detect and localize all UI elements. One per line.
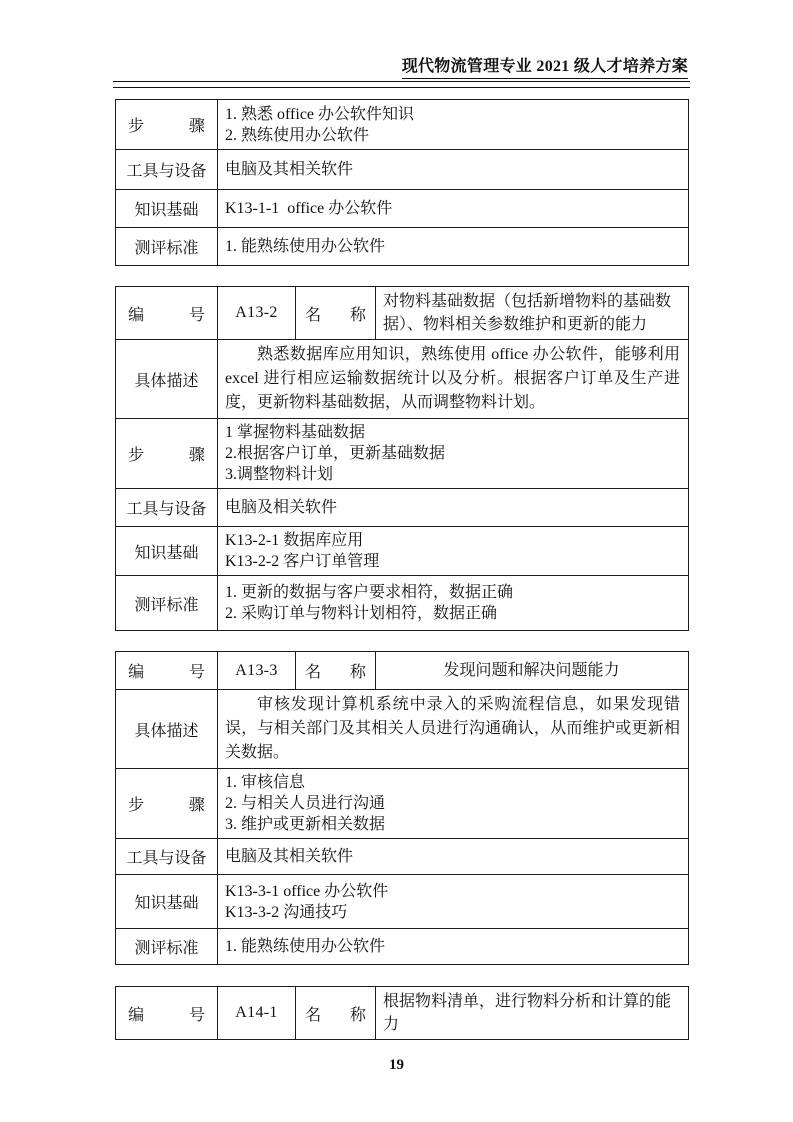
code-label-cell: 编号 (116, 987, 218, 1040)
row-label-text: 测评标准 (134, 240, 198, 257)
row-label-cell: 具体描述 (116, 340, 218, 419)
row-id-name: 编号 A13-3 名称 发现问题和解决问题能力 (116, 652, 689, 690)
row-label-text: 测评标准 (134, 940, 198, 957)
knowledge-item: K13-3-1 office 办公软件 (225, 881, 680, 902)
row-label-cell: 知识基础 (116, 527, 218, 576)
skill-table-k13-1: 步骤 1. 熟悉 office 办公软件知识 2. 熟练使用办公软件 工具与设备… (115, 99, 689, 266)
skill-table-a13-2: 编号 A13-2 名称 对物料基础数据（包括新增物料的基础数据）、物料相关参数维… (115, 286, 689, 631)
tools-text: 电脑及其相关软件 (225, 159, 680, 180)
name-label-text: 名称 (305, 1002, 366, 1025)
row-value-cell: 电脑及其相关软件 (218, 839, 689, 875)
row-value-cell: K13-1-1 office 办公软件 (218, 190, 689, 228)
header-divider-rule (113, 81, 690, 88)
row-label-text: 具体描述 (134, 723, 198, 740)
step-item: 2.根据客户订单，更新基础数据 (225, 443, 680, 464)
name-label-text: 名称 (305, 302, 366, 325)
code-label-text: 编号 (128, 659, 205, 682)
row-label-cell: 工具与设备 (116, 839, 218, 875)
row-value-cell: 1. 审核信息 2. 与相关人员进行沟通 3. 维护或更新相关数据 (218, 769, 689, 839)
row-label-text: 知识基础 (134, 202, 198, 219)
step-item: 3.调整物料计划 (225, 464, 680, 485)
row-label-text: 工具与设备 (126, 850, 206, 867)
row-label-cell: 测评标准 (116, 228, 218, 266)
knowledge-item: K13-1-1 office 办公软件 (225, 198, 680, 219)
row-description: 具体描述 熟悉数据库应用知识，熟练使用 office 办公软件，能够利用 exc… (116, 340, 689, 419)
skill-table-a13-3: 编号 A13-3 名称 发现问题和解决问题能力 具体描述 审核发现计算机系统中录… (115, 651, 689, 965)
name-value-cell: 发现问题和解决问题能力 (376, 652, 689, 690)
row-label-text: 知识基础 (134, 895, 198, 912)
name-label-text: 名称 (305, 659, 366, 682)
row-value-cell: 电脑及其相关软件 (218, 150, 689, 190)
row-tools: 工具与设备 电脑及其相关软件 (116, 839, 689, 875)
code-label-cell: 编号 (116, 287, 218, 340)
name-label-cell: 名称 (296, 987, 376, 1040)
row-steps: 步骤 1. 审核信息 2. 与相关人员进行沟通 3. 维护或更新相关数据 (116, 769, 689, 839)
step-item: 2. 与相关人员进行沟通 (225, 793, 680, 814)
code-value-cell: A13-3 (218, 652, 296, 690)
row-id-name: 编号 A13-2 名称 对物料基础数据（包括新增物料的基础数据）、物料相关参数维… (116, 287, 689, 340)
row-label-cell: 具体描述 (116, 690, 218, 769)
row-criteria: 测评标准 1. 更新的数据与客户要求相符，数据正确 2. 采购订单与物料计划相符… (116, 576, 689, 631)
step-item: 1 掌握物料基础数据 (225, 422, 680, 443)
row-value-cell: 1 掌握物料基础数据 2.根据客户订单，更新基础数据 3.调整物料计划 (218, 419, 689, 489)
row-label-cell: 测评标准 (116, 929, 218, 965)
row-label-cell: 工具与设备 (116, 489, 218, 527)
row-value-cell: 1. 能熟练使用办公软件 (218, 228, 689, 266)
name-label-cell: 名称 (296, 652, 376, 690)
row-label-text: 步骤 (128, 792, 205, 815)
code-value-cell: A14-1 (218, 987, 296, 1040)
document-page: 现代物流管理专业 2021 级人才培养方案 步骤 1. 熟悉 office 办公… (0, 0, 793, 1122)
criteria-item: 1. 更新的数据与客户要求相符，数据正确 (225, 582, 680, 603)
code-value-cell: A13-2 (218, 287, 296, 340)
criteria-item: 2. 采购订单与物料计划相符，数据正确 (225, 603, 680, 624)
page-content: 现代物流管理专业 2021 级人才培养方案 步骤 1. 熟悉 office 办公… (0, 0, 778, 1040)
row-value-cell: 1. 能熟练使用办公软件 (218, 929, 689, 965)
skill-table-a14-1: 编号 A14-1 名称 根据物料清单，进行物料分析和计算的能力 (115, 986, 689, 1040)
step-item: 2. 熟练使用办公软件 (225, 125, 680, 146)
row-label-cell: 知识基础 (116, 875, 218, 929)
page-number: 19 (389, 1057, 404, 1073)
row-label-cell: 步骤 (116, 100, 218, 150)
row-tools: 工具与设备 电脑及相关软件 (116, 489, 689, 527)
row-label-text: 具体描述 (134, 373, 198, 390)
page-footer: 19 (0, 1057, 793, 1122)
step-item: 1. 熟悉 office 办公软件知识 (225, 104, 680, 125)
row-value-cell: 1. 熟悉 office 办公软件知识 2. 熟练使用办公软件 (218, 100, 689, 150)
row-label-cell: 步骤 (116, 419, 218, 489)
row-value-cell: 电脑及相关软件 (218, 489, 689, 527)
row-steps: 步骤 1 掌握物料基础数据 2.根据客户订单，更新基础数据 3.调整物料计划 (116, 419, 689, 489)
row-label-cell: 工具与设备 (116, 150, 218, 190)
page-header: 现代物流管理专业 2021 级人才培养方案 (115, 57, 688, 79)
name-label-cell: 名称 (296, 287, 376, 340)
row-label-text: 测评标准 (134, 597, 198, 614)
row-value-cell: K13-2-1 数据库应用 K13-2-2 客户订单管理 (218, 527, 689, 576)
knowledge-item: K13-2-1 数据库应用 (225, 530, 680, 551)
row-knowledge: 知识基础 K13-1-1 office 办公软件 (116, 190, 689, 228)
step-item: 1. 审核信息 (225, 772, 680, 793)
criteria-item: 1. 能熟练使用办公软件 (225, 936, 680, 957)
row-label-text: 步骤 (128, 113, 205, 136)
row-label-cell: 步骤 (116, 769, 218, 839)
row-label-text: 知识基础 (134, 545, 198, 562)
row-label-text: 工具与设备 (126, 163, 206, 180)
description-text: 熟悉数据库应用知识，熟练使用 office 办公软件，能够利用 excel 进行… (218, 340, 689, 419)
row-label-cell: 知识基础 (116, 190, 218, 228)
row-knowledge: 知识基础 K13-3-1 office 办公软件 K13-3-2 沟通技巧 (116, 875, 689, 929)
row-value-cell: K13-3-1 office 办公软件 K13-3-2 沟通技巧 (218, 875, 689, 929)
row-label-text: 步骤 (128, 442, 205, 465)
row-steps: 步骤 1. 熟悉 office 办公软件知识 2. 熟练使用办公软件 (116, 100, 689, 150)
criteria-item: 1. 能熟练使用办公软件 (225, 236, 680, 257)
page-title: 现代物流管理专业 2021 级人才培养方案 (402, 57, 688, 79)
row-value-cell: 1. 更新的数据与客户要求相符，数据正确 2. 采购订单与物料计划相符，数据正确 (218, 576, 689, 631)
row-label-cell: 测评标准 (116, 576, 218, 631)
row-tools: 工具与设备 电脑及其相关软件 (116, 150, 689, 190)
tools-text: 电脑及其相关软件 (225, 846, 680, 867)
knowledge-item: K13-3-2 沟通技巧 (225, 902, 680, 923)
row-criteria: 测评标准 1. 能熟练使用办公软件 (116, 929, 689, 965)
tools-text: 电脑及相关软件 (225, 497, 680, 518)
row-description: 具体描述 审核发现计算机系统中录入的采购流程信息，如果发现错误，与相关部门及其相… (116, 690, 689, 769)
step-item: 3. 维护或更新相关数据 (225, 814, 680, 835)
name-value-cell: 对物料基础数据（包括新增物料的基础数据）、物料相关参数维护和更新的能力 (376, 287, 689, 340)
row-label-text: 工具与设备 (126, 501, 206, 518)
row-id-name: 编号 A14-1 名称 根据物料清单，进行物料分析和计算的能力 (116, 987, 689, 1040)
code-label-cell: 编号 (116, 652, 218, 690)
code-label-text: 编号 (128, 302, 205, 325)
row-knowledge: 知识基础 K13-2-1 数据库应用 K13-2-2 客户订单管理 (116, 527, 689, 576)
knowledge-item: K13-2-2 客户订单管理 (225, 551, 680, 572)
code-label-text: 编号 (128, 1002, 205, 1025)
description-text: 审核发现计算机系统中录入的采购流程信息，如果发现错误，与相关部门及其相关人员进行… (218, 690, 689, 769)
name-value-cell: 根据物料清单，进行物料分析和计算的能力 (376, 987, 689, 1040)
row-criteria: 测评标准 1. 能熟练使用办公软件 (116, 228, 689, 266)
